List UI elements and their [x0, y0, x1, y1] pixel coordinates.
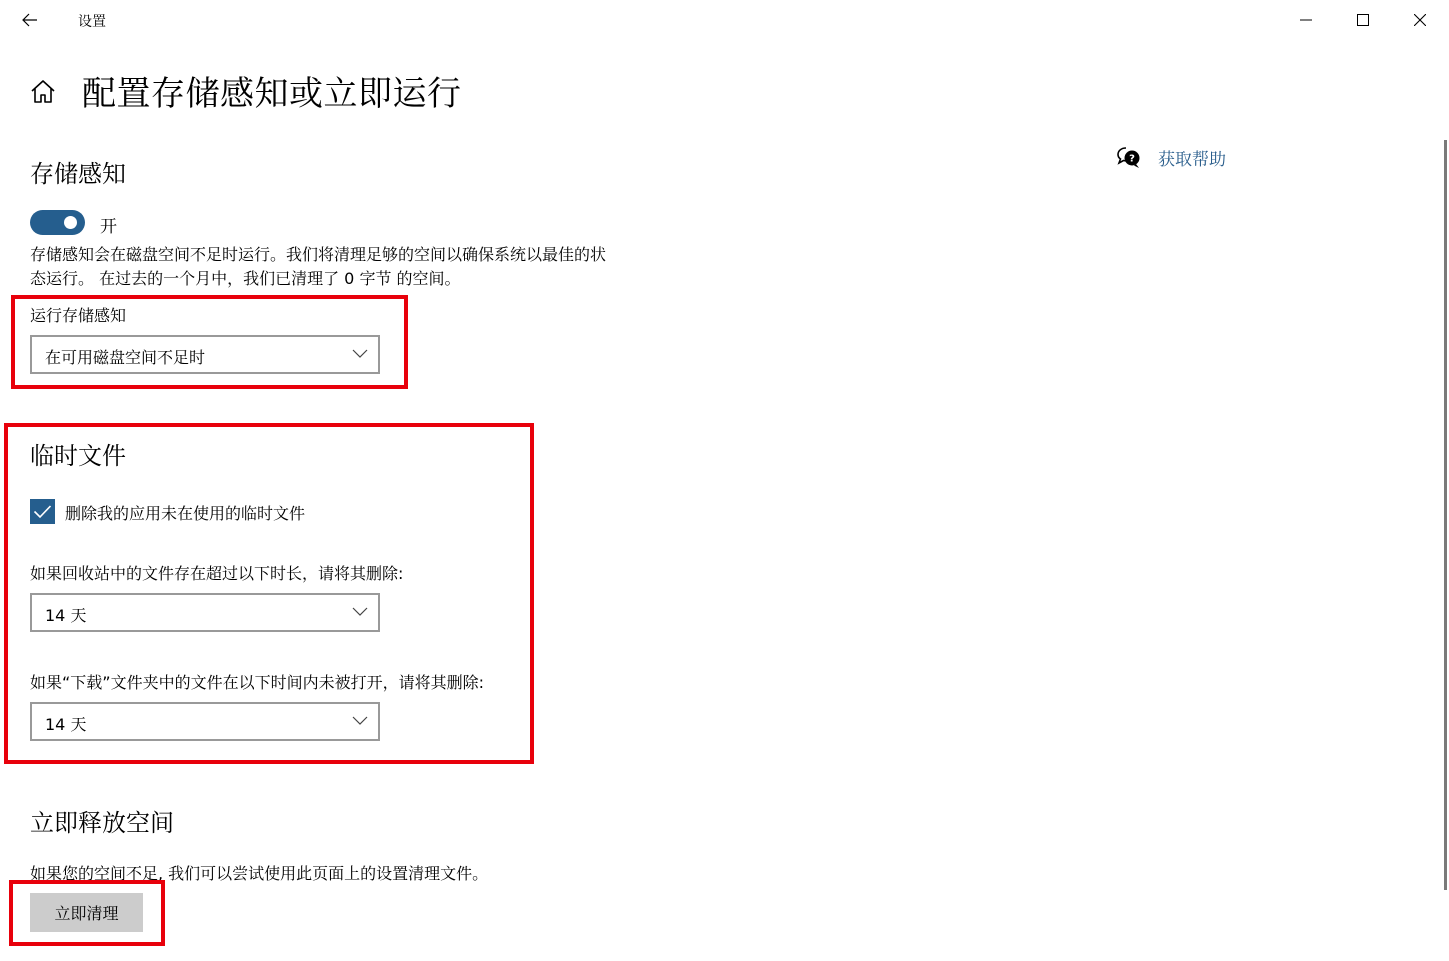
close-icon: [1414, 14, 1426, 26]
recycle-bin-dropdown[interactable]: 14 天: [30, 593, 380, 632]
home-button[interactable]: [28, 76, 58, 106]
temp-files-heading: 临时文件: [30, 436, 126, 471]
page-title: 配置存储感知或立即运行: [82, 66, 462, 115]
help-chat-icon: ?: [1116, 146, 1142, 170]
maximize-button[interactable]: [1340, 0, 1386, 40]
get-help[interactable]: ? 获取帮助: [1116, 145, 1226, 170]
dropdown-value: 14 天: [45, 603, 86, 626]
delete-temp-files-label[interactable]: 删除我的应用未在使用的临时文件: [65, 501, 305, 524]
run-storage-sense-dropdown[interactable]: 在可用磁盘空间不足时: [30, 335, 380, 374]
chevron-down-icon: [352, 349, 368, 359]
dropdown-value: 14 天: [45, 712, 86, 735]
vertical-scrollbar[interactable]: [1444, 140, 1447, 890]
recycle-bin-label: 如果回收站中的文件存在超过以下时长，请将其删除:: [30, 561, 403, 584]
dropdown-value: 在可用磁盘空间不足时: [45, 345, 205, 368]
run-storage-sense-label: 运行存储感知: [30, 303, 126, 326]
downloads-label: 如果“下载”文件夹中的文件在以下时间内未被打开，请将其删除:: [30, 670, 484, 693]
minimize-icon: [1300, 19, 1312, 21]
title-bar: 设置: [0, 0, 1449, 40]
toggle-state-label: 开: [100, 212, 117, 237]
free-space-heading: 立即释放空间: [30, 803, 174, 838]
downloads-dropdown[interactable]: 14 天: [30, 702, 380, 741]
app-title: 设置: [78, 11, 106, 31]
storage-sense-description: 存储感知会在磁盘空间不足时运行。我们将清理足够的空间以确保系统以最佳的状态运行。…: [30, 243, 610, 291]
storage-sense-toggle[interactable]: [30, 210, 85, 235]
minimize-button[interactable]: [1283, 0, 1329, 40]
close-button[interactable]: [1397, 0, 1443, 40]
get-help-link[interactable]: 获取帮助: [1158, 145, 1226, 170]
maximize-icon: [1357, 14, 1369, 26]
chevron-down-icon: [352, 716, 368, 726]
storage-sense-heading: 存储感知: [30, 154, 126, 189]
toggle-knob: [64, 216, 77, 229]
chevron-down-icon: [352, 607, 368, 617]
svg-text:?: ?: [1129, 153, 1135, 164]
clean-now-button[interactable]: 立即清理: [30, 893, 143, 932]
free-space-description: 如果您的空间不足, 我们可以尝试使用此页面上的设置清理文件。: [30, 861, 488, 884]
back-arrow-icon: [22, 13, 38, 27]
home-icon: [28, 76, 58, 106]
back-button[interactable]: [14, 4, 46, 36]
checkmark-icon: [33, 504, 52, 519]
delete-temp-files-checkbox[interactable]: [30, 499, 55, 524]
